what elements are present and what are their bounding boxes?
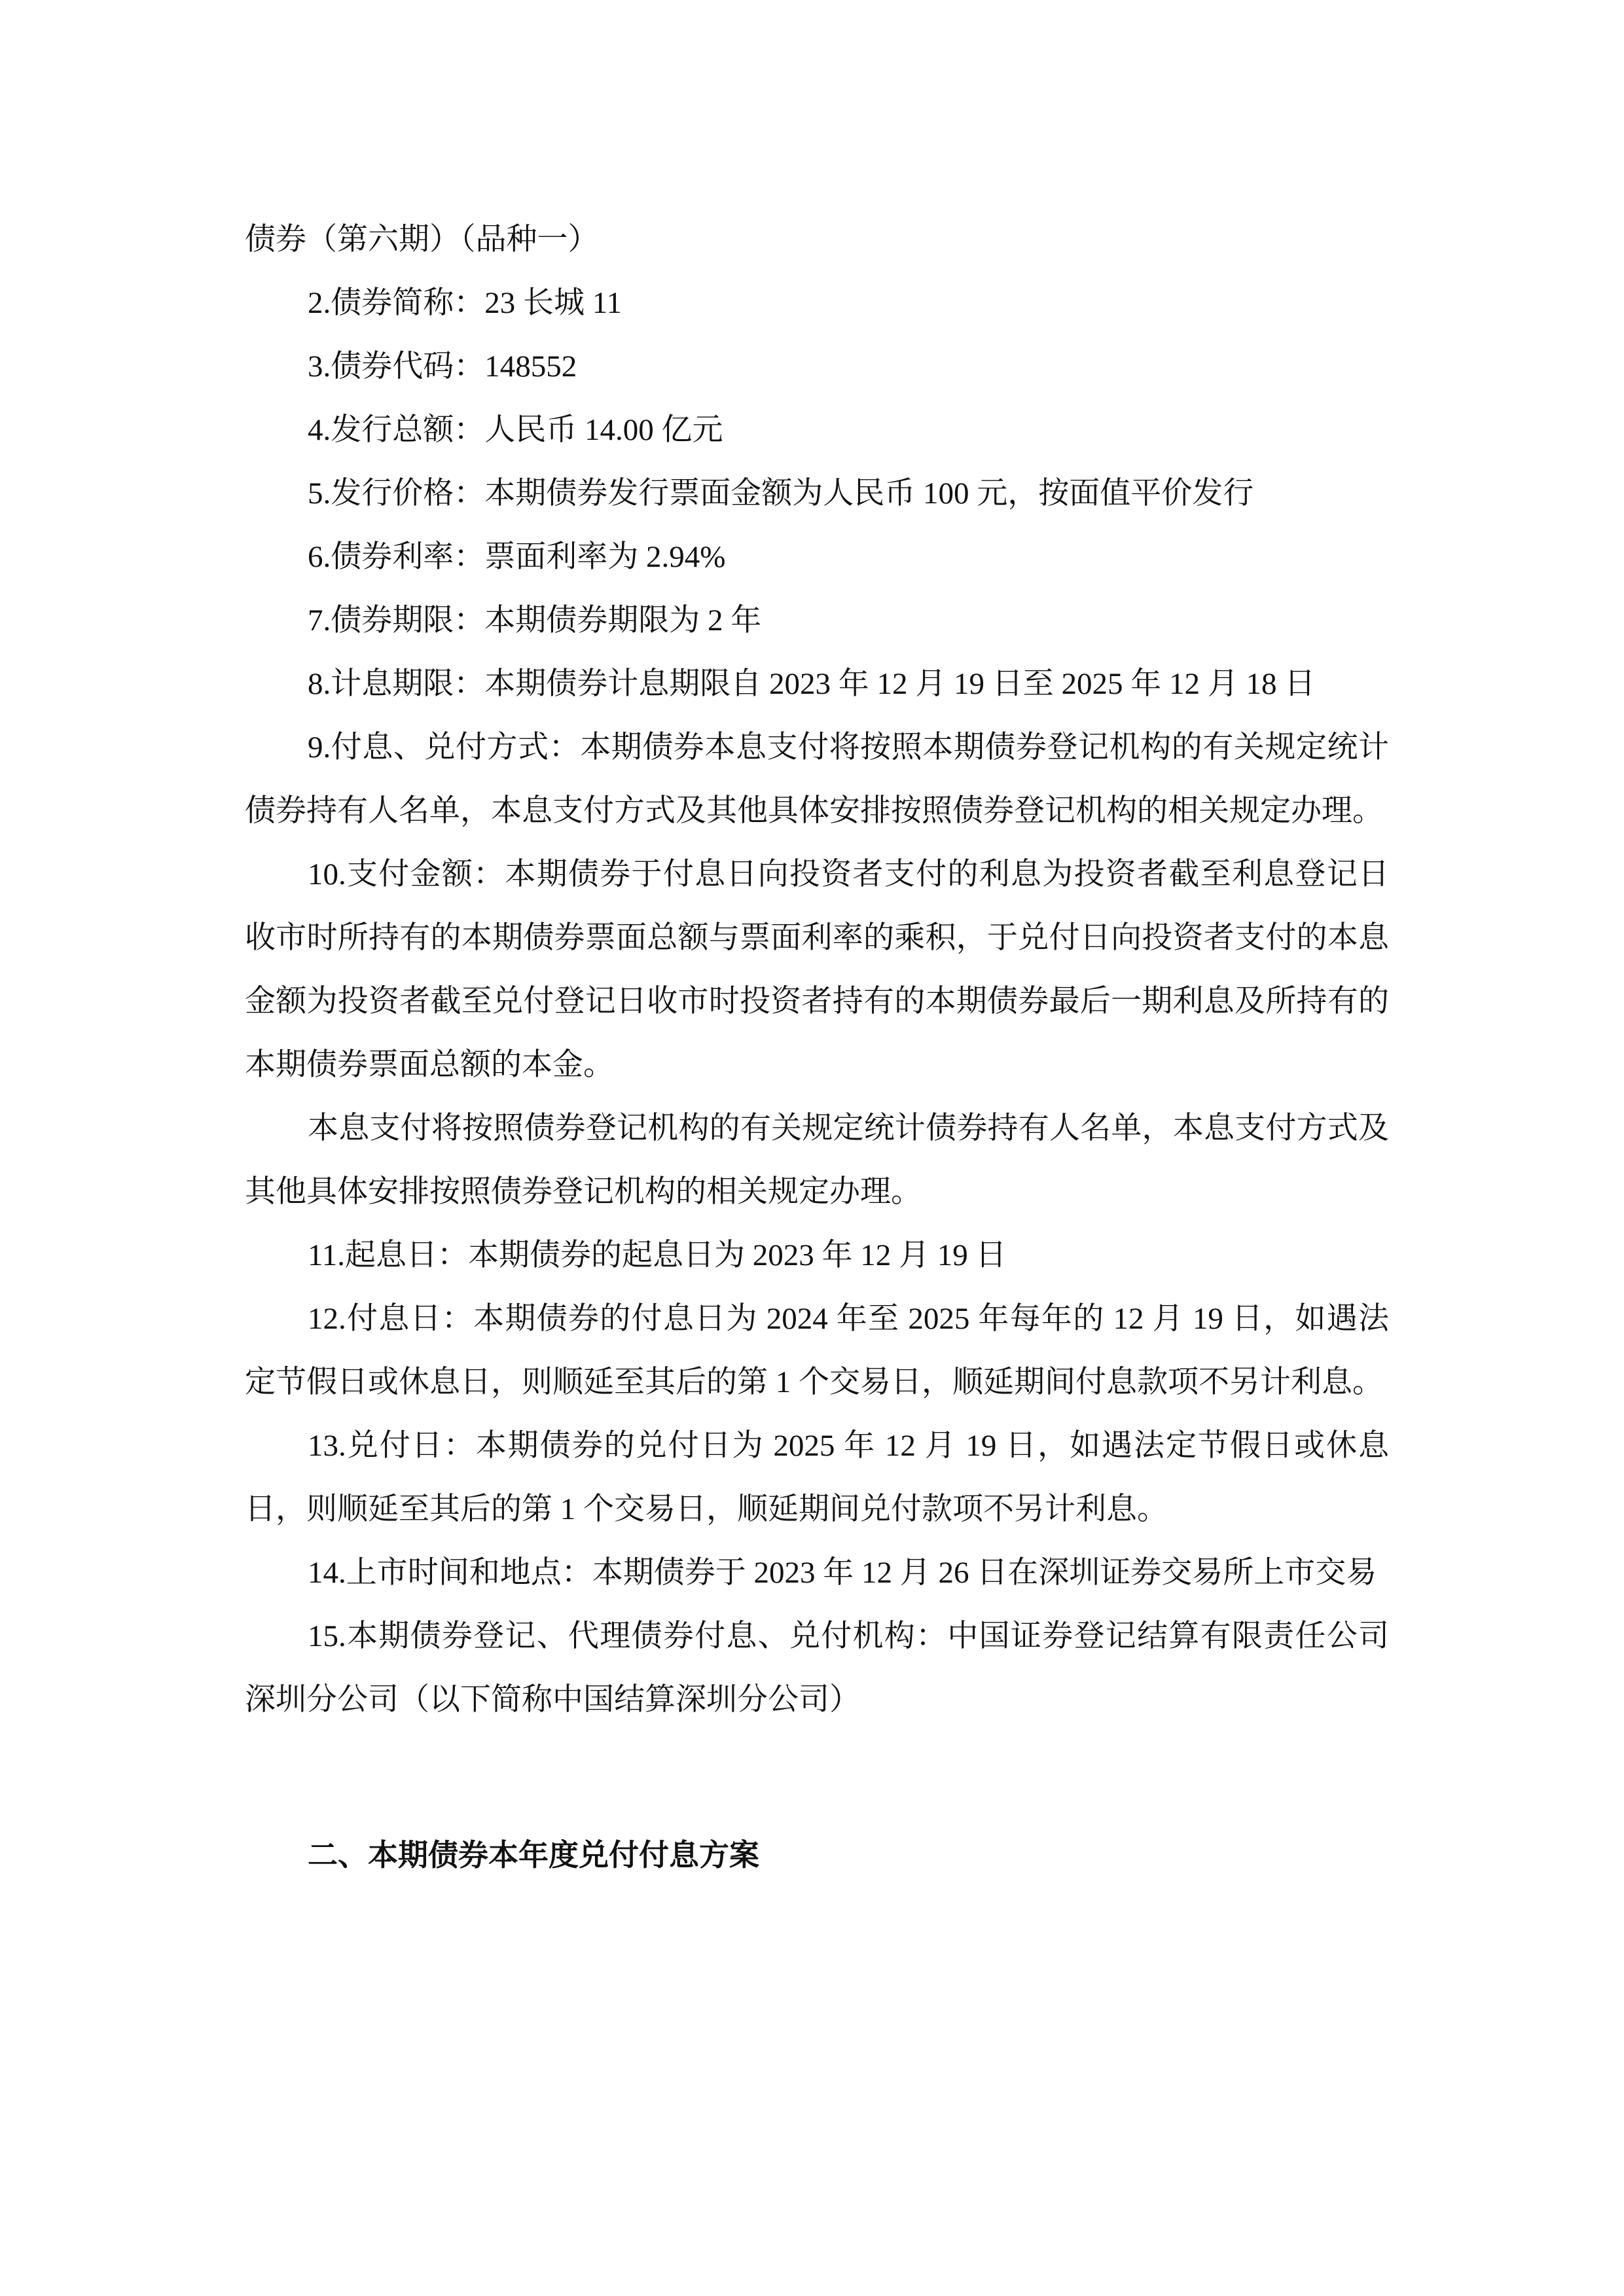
section-heading: 二、本期债券本年度兑付付息方案	[245, 1823, 1389, 1887]
item-issue-amount: 4.发行总额：人民币 14.00 亿元	[245, 399, 1389, 462]
item-bond-term: 7.债券期限：本期债券期限为 2 年	[245, 589, 1389, 653]
item-payment-amount: 10.支付金额：本期债券于付息日向投资者支付的利息为投资者截至利息登记日收市时所…	[245, 843, 1389, 1097]
item-value-date: 11.起息日：本期债券的起息日为 2023 年 12 月 19 日	[245, 1224, 1389, 1287]
item-payment-method: 9.付息、兑付方式：本期债券本息支付将按照本期债券登记机构的有关规定统计债券持有…	[245, 716, 1389, 843]
document-page: 债券（第六期）（品种一） 2.债券简称：23 长城 11 3.债券代码：1485…	[245, 208, 1389, 1887]
paragraph-payment-note: 本息支付将按照债券登记机构的有关规定统计债券持有人名单，本息支付方式及其他具体安…	[245, 1097, 1389, 1224]
item-interest-period: 8.计息期限：本期债券计息期限自 2023 年 12 月 19 日至 2025 …	[245, 653, 1389, 716]
continuation-line: 债券（第六期）（品种一）	[245, 208, 1389, 272]
item-registration-agency: 15.本期债券登记、代理债券付息、兑付机构：中国证券登记结算有限责任公司深圳分公…	[245, 1605, 1389, 1732]
item-bond-code: 3.债券代码：148552	[245, 335, 1389, 399]
item-listing-time-place: 14.上市时间和地点：本期债券于 2023 年 12 月 26 日在深圳证券交易…	[245, 1541, 1389, 1605]
item-bond-short-name: 2.债券简称：23 长城 11	[245, 272, 1389, 335]
item-coupon-rate: 6.债券利率：票面利率为 2.94%	[245, 526, 1389, 589]
item-redemption-date: 13.兑付日：本期债券的兑付日为 2025 年 12 月 19 日，如遇法定节假…	[245, 1414, 1389, 1541]
item-interest-payment-date: 12.付息日：本期债券的付息日为 2024 年至 2025 年每年的 12 月 …	[245, 1287, 1389, 1414]
item-issue-price: 5.发行价格：本期债券发行票面金额为人民币 100 元，按面值平价发行	[245, 462, 1389, 526]
